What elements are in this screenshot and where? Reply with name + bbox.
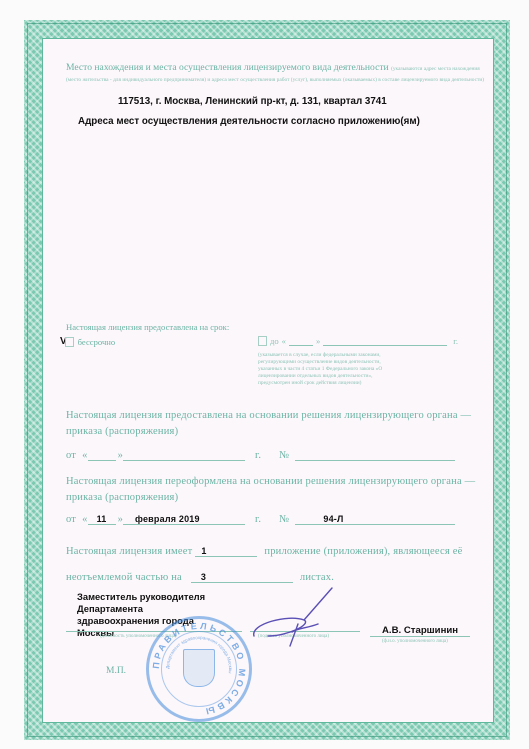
appendix-count-field[interactable]: 1 (195, 546, 257, 557)
until-label: до (270, 336, 279, 346)
official-stamp: ПРАВИТЕЛЬСТВО МОСКВЫ Департамент здравоо… (146, 616, 252, 722)
indefinite-label: бессрочно (78, 337, 116, 347)
from-label: от (66, 450, 76, 461)
term-until-option[interactable]: до « » г. (258, 336, 458, 346)
reissued-basis-text: Настоящая лицензия переоформлена на осно… (66, 474, 486, 506)
license-address: 117513, г. Москва, Ленинский пр-кт, д. 1… (118, 96, 387, 107)
position-line: Департамента (77, 603, 205, 615)
handwritten-signature (248, 584, 338, 648)
granted-number-field[interactable] (295, 460, 455, 461)
appendix-count-row: Настоящая лицензия имеет 1 приложение (п… (66, 546, 486, 557)
seal-place-label: М.П. (106, 666, 126, 676)
granted-month-year-field[interactable] (123, 460, 245, 461)
close-quote: » (316, 336, 320, 346)
year-suffix: г. (453, 336, 458, 346)
until-day-field[interactable] (289, 337, 313, 346)
stamp-inner-text: Департамент здравоохранения города Москв… (165, 635, 233, 674)
until-note: (указывается в случае, если федеральными… (258, 352, 388, 387)
term-indefinite-option[interactable]: V бессрочно (60, 336, 115, 347)
sheets-text-before: неотъемлемой частью на (66, 572, 182, 583)
sheets-text-after: листах. (300, 572, 334, 583)
year-suffix: г. (255, 450, 261, 461)
until-month-year-field[interactable] (323, 337, 447, 346)
svg-text:Департамент здравоохранения го: Департамент здравоохранения города Москв… (165, 635, 233, 674)
position-line: Заместитель руководителя (77, 591, 205, 603)
name-line-rule (370, 636, 470, 637)
open-quote: « (282, 336, 286, 346)
number-label: № (279, 514, 289, 525)
indefinite-checkbox[interactable] (65, 337, 74, 347)
reissued-month-year-field[interactable]: февраля 2019 (123, 514, 245, 525)
addresses-per-appendix-note: Адреса мест осуществления деятельности с… (78, 116, 420, 127)
from-label: от (66, 514, 76, 525)
granted-basis-text: Настоящая лицензия предоставлена на осно… (66, 408, 486, 440)
signatory-name: А.В. Старшинин (382, 625, 458, 636)
year-suffix: г. (255, 514, 261, 525)
appendix-text-after: приложение (приложения), являющееся её (264, 546, 462, 557)
appendix-text-before: Настоящая лицензия имеет (66, 546, 192, 557)
stamp-ring-text: ПРАВИТЕЛЬСТВО МОСКВЫ Департамент здравоо… (149, 619, 249, 719)
address-heading-text: Место нахождения и места осуществления л… (66, 62, 389, 73)
sheet-count-field[interactable]: 3 (191, 572, 293, 583)
until-checkbox[interactable] (258, 336, 267, 346)
reissued-number-field[interactable]: 94-Л (295, 514, 455, 525)
term-label: Настоящая лицензия предоставлена на срок… (66, 322, 229, 332)
name-caption: (ф.и.о. уполномоченного лица) (382, 638, 448, 645)
reissued-order-row: от « 11 » февраля 2019 г. № 94-Л (66, 514, 486, 525)
sheet-count-row: неотъемлемой частью на 3 листах. (66, 572, 486, 583)
granted-day-field[interactable] (88, 460, 116, 461)
number-label: № (279, 450, 289, 461)
address-heading: Место нахождения и места осуществления л… (66, 62, 486, 84)
granted-order-row: от « » г. № (66, 450, 486, 461)
reissued-day-field[interactable]: 11 (88, 514, 116, 525)
